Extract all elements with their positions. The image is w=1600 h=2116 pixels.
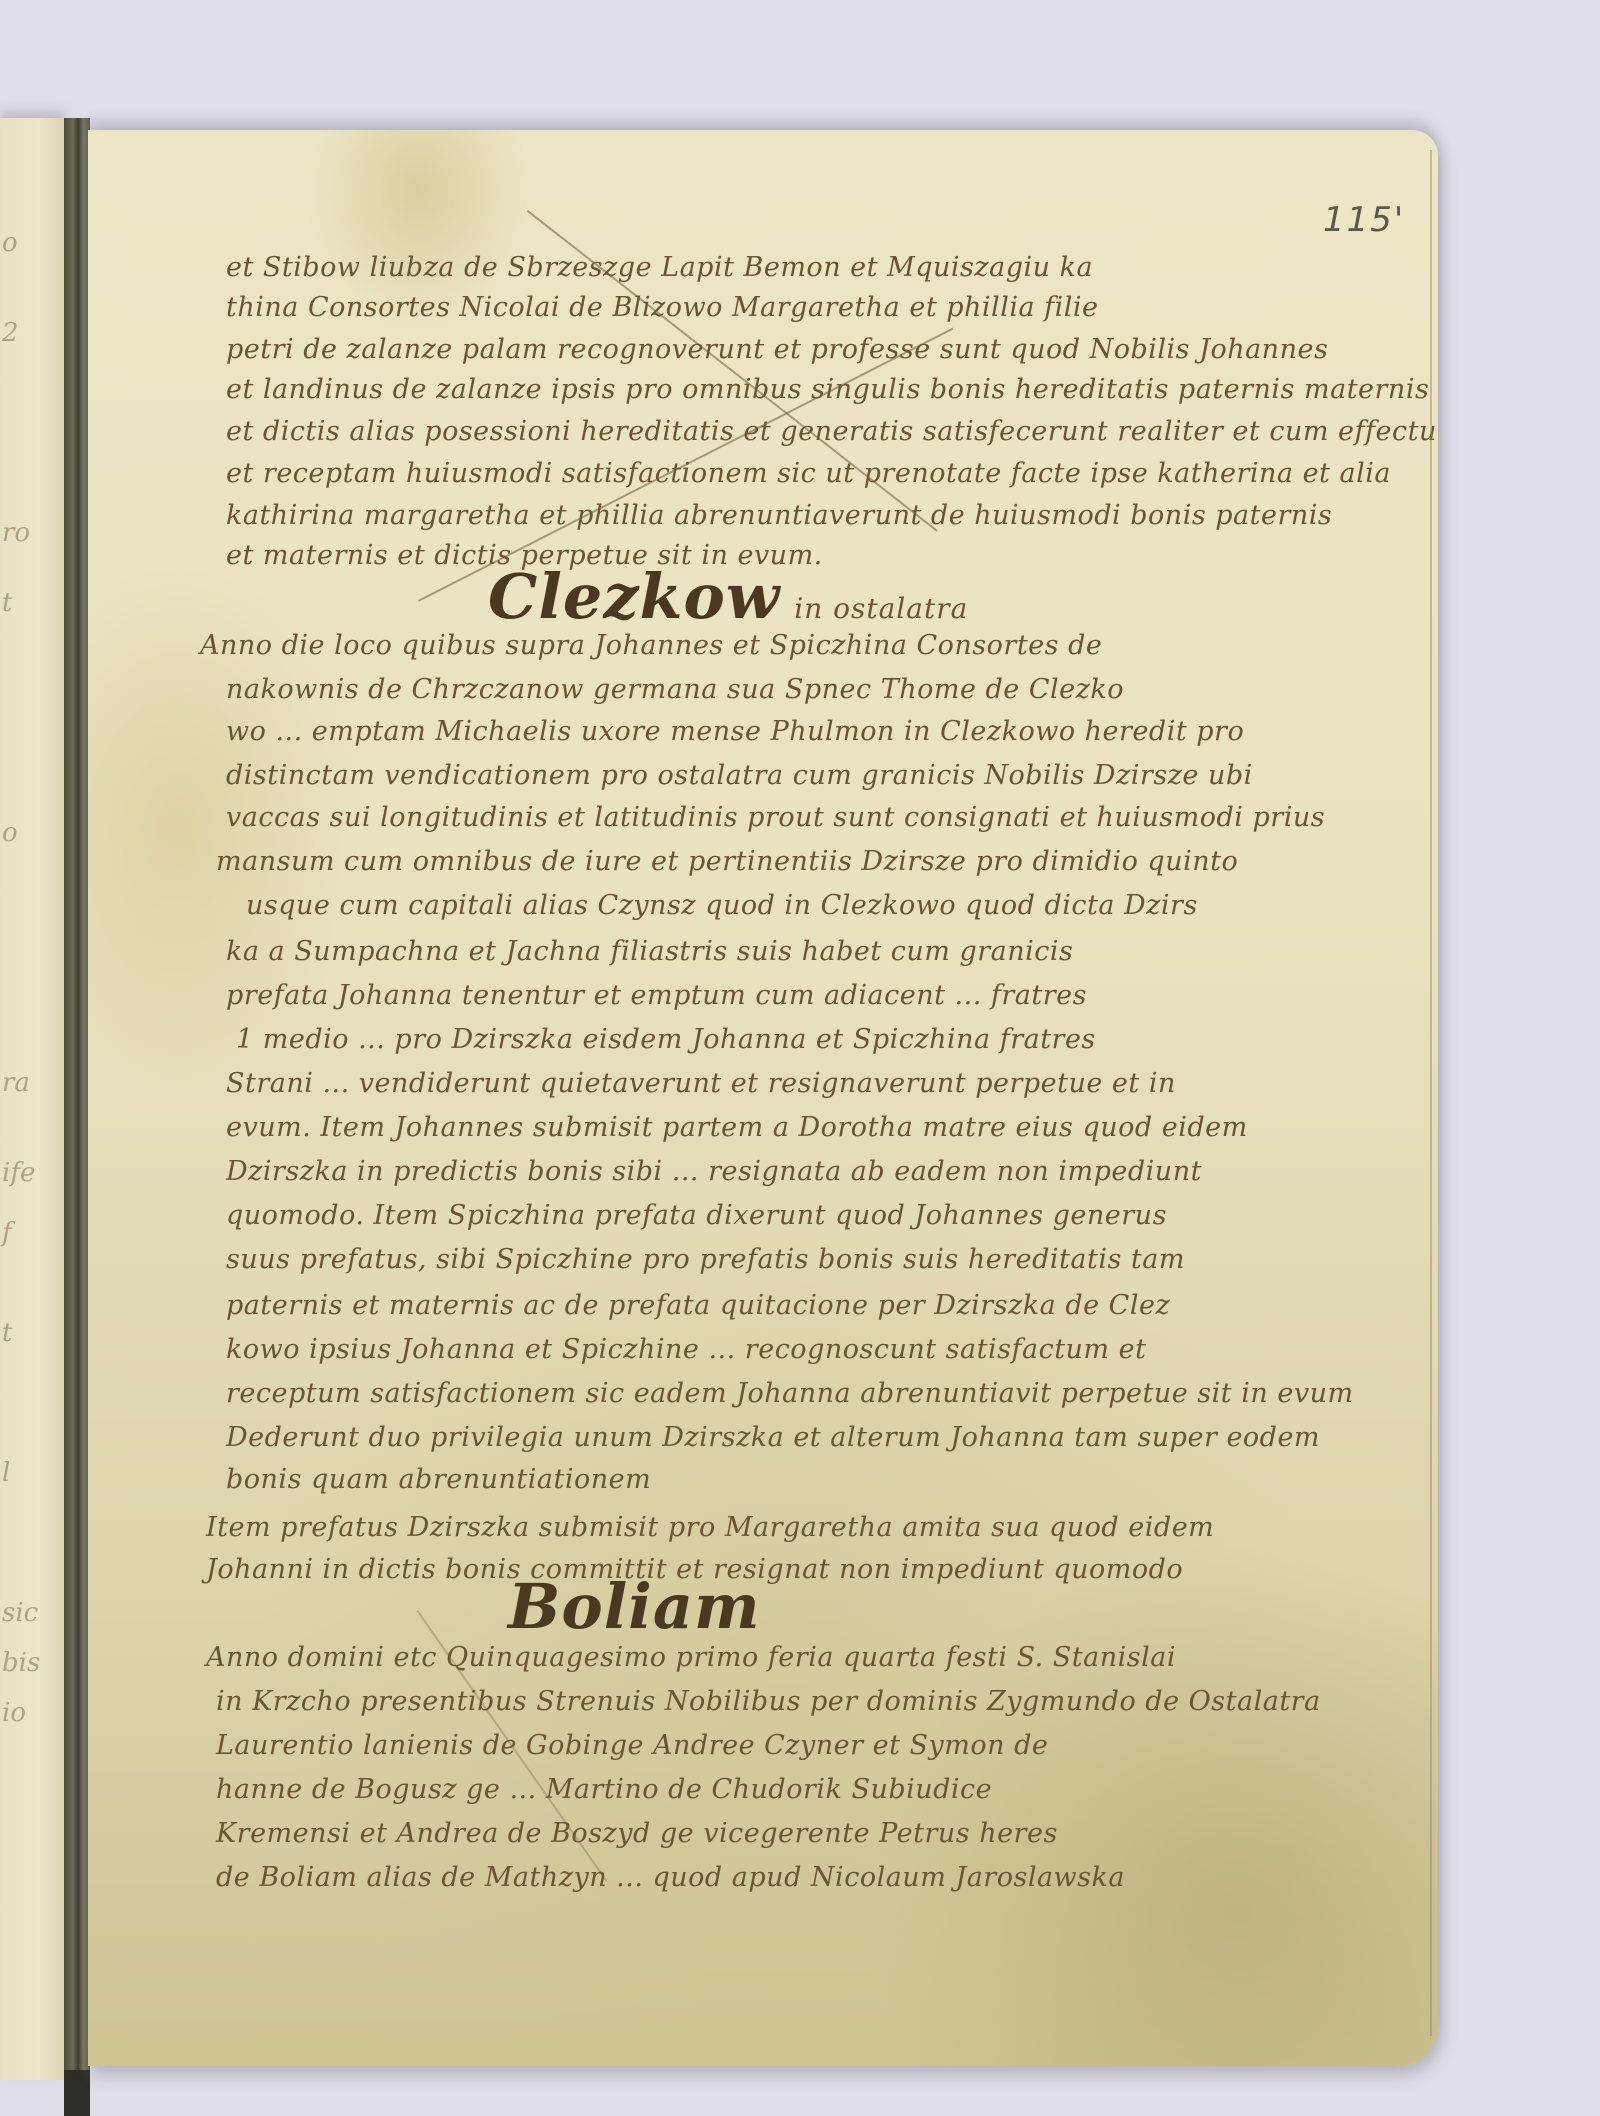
text-line: suus prefatus, sibi Spiczhine pro prefat… xyxy=(226,1244,1185,1275)
left-page-fragment: o xyxy=(2,228,18,258)
text-line: Strani ... vendiderunt quietaverunt et r… xyxy=(226,1068,1176,1099)
left-page-fragment: l xyxy=(2,1458,10,1488)
text-line: paternis et maternis ac de prefata quita… xyxy=(226,1290,1170,1321)
text-line: bonis quam abrenuntiationem xyxy=(226,1464,651,1495)
left-page-fragment: io xyxy=(2,1698,26,1728)
text-line: in Krzcho presentibus Strenuis Nobilibus… xyxy=(216,1686,1321,1717)
text-line: nakownis de Chrzczanow germana sua Spnec… xyxy=(226,674,1124,705)
text-line: thina Consortes Nicolai de Blizowo Marga… xyxy=(226,292,1099,323)
left-page-fragment: t xyxy=(2,1318,12,1348)
entry-heading-clezkow: Clezkowin ostalatra xyxy=(488,560,968,633)
text-line: quomodo. Item Spiczhina prefata dixerunt… xyxy=(226,1200,1167,1231)
gutter-shadow xyxy=(64,2070,90,2116)
text-line: wo ... emptam Michaelis uxore mense Phul… xyxy=(226,716,1244,747)
folio-number: 115' xyxy=(1323,200,1405,240)
text-line: hanne de Bogusz ge ... Martino de Chudor… xyxy=(216,1774,992,1805)
left-page-fragment: sic xyxy=(2,1598,38,1628)
left-page-fragment: o xyxy=(2,818,18,848)
left-page-fragment: ife xyxy=(2,1158,35,1188)
text-line: Laurentio lanienis de Gobinge Andree Czy… xyxy=(216,1730,1048,1761)
text-line: Anno domini etc Quinquagesimo primo feri… xyxy=(206,1642,1176,1673)
text-line: Kremensi et Andrea de Boszyd ge vicegere… xyxy=(216,1818,1058,1849)
text-line: evum. Item Johannes submisit partem a Do… xyxy=(226,1112,1248,1143)
text-line: receptum satisfactionem sic eadem Johann… xyxy=(226,1378,1354,1409)
text-line: et landinus de zalanze ipsis pro omnibus… xyxy=(226,374,1429,405)
text-line: petri de zalanze palam recognoverunt et … xyxy=(226,334,1328,365)
entry-heading-boliam: Boliam xyxy=(508,1570,761,1643)
binding-gutter xyxy=(64,118,90,2116)
text-line: et receptam huiusmodi satisfactionem sic… xyxy=(226,458,1391,489)
text-line: et dictis alias posessioni hereditatis e… xyxy=(226,416,1437,447)
text-line: usque cum capitali alias Czynsz quod in … xyxy=(246,890,1198,921)
left-page-fragment: bis xyxy=(2,1648,40,1678)
text-line: distinctam vendicationem pro ostalatra c… xyxy=(226,760,1253,791)
text-line: Dederunt duo privilegia unum Dzirszka et… xyxy=(226,1422,1320,1453)
left-page-fragment: f xyxy=(2,1218,12,1248)
text-line: de Boliam alias de Mathzyn ... quod apud… xyxy=(216,1862,1125,1893)
text-line: Anno die loco quibus supra Johannes et S… xyxy=(200,630,1102,661)
text-line: Item prefatus Dzirszka submisit pro Marg… xyxy=(206,1512,1214,1543)
text-line: Dzirszka in predictis bonis sibi ... res… xyxy=(226,1156,1202,1187)
text-line: kathirina margaretha et phillia abrenunt… xyxy=(226,500,1332,531)
manuscript-folio: 115' et Stibow liubza de Sbrzeszge Lapit… xyxy=(88,130,1438,2066)
heading-title: Boliam xyxy=(508,1570,761,1643)
text-line: 1 medio ... pro Dzirszka eisdem Johanna … xyxy=(236,1024,1096,1055)
text-line: prefata Johanna tenentur et emptum cum a… xyxy=(226,980,1087,1011)
left-page-fragment: t xyxy=(2,588,12,618)
text-line: mansum cum omnibus de iure et pertinenti… xyxy=(216,846,1238,877)
left-page-fragment: 2 xyxy=(2,318,19,348)
text-line: et Stibow liubza de Sbrzeszge Lapit Bemo… xyxy=(226,252,1093,283)
text-line: kowo ipsius Johanna et Spiczhine ... rec… xyxy=(226,1334,1146,1365)
previous-page-edge: o 2 ro t o ra ife f t l sic bis io xyxy=(0,118,64,2080)
left-page-fragment: ra xyxy=(2,1068,30,1098)
text-line: vaccas sui longitudinis et latitudinis p… xyxy=(226,802,1325,833)
heading-subtitle: in ostalatra xyxy=(794,592,968,625)
heading-title: Clezkow xyxy=(488,560,780,633)
text-line: ka a Sumpachna et Jachna filiastris suis… xyxy=(226,936,1073,967)
left-page-fragment: ro xyxy=(2,518,30,548)
